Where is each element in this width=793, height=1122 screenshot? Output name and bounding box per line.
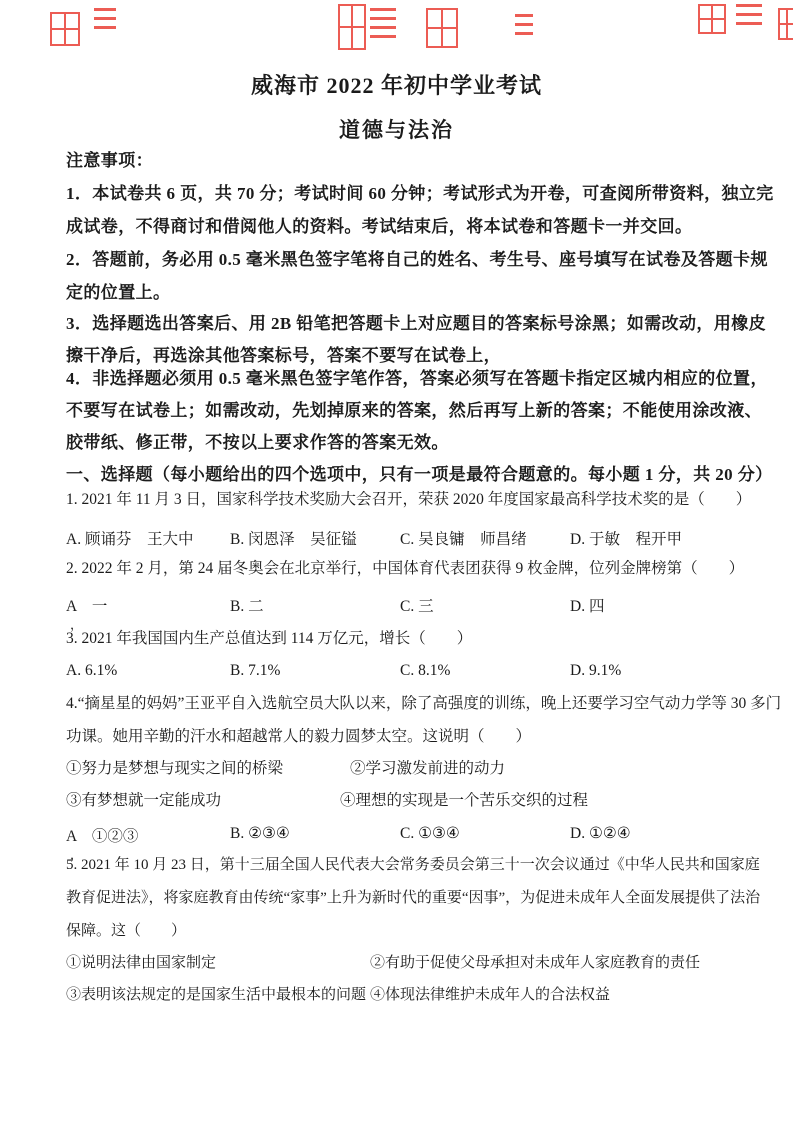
notice-line: 4．非选择题必须用 0.5 毫米黑色签字笔作答，答案必须写在答题卡指定区城内相应… — [66, 368, 768, 389]
notice-line: 3．选择题选出答案后、用 2B 铅笔把答题卡上对应题目的答案标号涂黑；如需改动，… — [66, 313, 766, 334]
q5-sub-4: ④体现法律维护未成年人的合法权益 — [370, 987, 610, 1003]
notice-line: 定的位置上。 — [66, 282, 170, 303]
q1-option-a: A. 顾诵芬 王大中 — [66, 527, 193, 549]
watermark-mark — [50, 12, 80, 46]
notice-line: 胶带纸、修正带，不按以上要求作答的答案无效。 — [66, 432, 449, 453]
q3-option-b: B. 7.1% — [230, 662, 280, 680]
watermark-mark — [515, 14, 533, 38]
q4-option-b: B. ②③④ — [230, 824, 290, 843]
section-heading: 一、选择题（每小题给出的四个选项中，只有一项是最符合题意的。每小题 1 分，共 … — [66, 464, 773, 485]
watermark-mark — [778, 8, 793, 40]
q4-option-c: C. ①③④ — [400, 824, 460, 843]
q4-option-a: A ①②③ — [66, 824, 138, 846]
q5-stem-line: 保障。这（ ） — [66, 922, 186, 941]
q3-options: A. 6.1% B. 7.1% C. 8.1% D. 9.1% — [66, 662, 793, 684]
q4-sub-row: ③有梦想就一定能成功④理想的实现是一个苦乐交织的过程 — [66, 791, 588, 810]
q4-stem-line: 4.“摘星星的妈妈”王亚平自入选航空员大队以来，除了高强度的训练，晚上还要学习空… — [66, 694, 781, 713]
watermark-mark — [698, 4, 726, 34]
notice-line: 1．本试卷共 6 页，共 70 分；考试时间 60 分钟；考试形式为开卷，可查阅… — [66, 183, 774, 204]
q3-stem: 3. 2021 年我国国内生产总值达到 114 万亿元，增长（ ） — [66, 629, 472, 648]
page-subtitle: 道德与法治 — [0, 117, 793, 143]
q5-stem-line: 5. 2021 年 10 月 23 日，第十三届全国人民代表大会常务委员会第三十… — [66, 856, 760, 875]
q3-option-a: A. 6.1% — [66, 662, 117, 680]
q4-sub-1: ①努力是梦想与现实之间的桥梁 — [66, 759, 350, 778]
watermark-mark — [426, 8, 458, 48]
notice-line: 成试卷，不得商讨和借阅他人的资料。考试结束后，将本试卷和答题卡一并交回。 — [66, 216, 692, 237]
page-title: 威海市 2022 年初中学业考试 — [0, 72, 793, 100]
watermark-mark — [370, 8, 396, 44]
q4-sub-2: ②学习激发前进的动力 — [350, 760, 505, 777]
q1-option-c: C. 吴良镛 师昌绪 — [400, 527, 527, 549]
q4-sub-4: ④理想的实现是一个苦乐交织的过程 — [340, 792, 588, 809]
watermark-mark — [338, 4, 366, 50]
notice-line: 不要写在试卷上；如需改动，先划掉原来的答案，然后再写上新的答案；不能使用涂改液、 — [66, 400, 762, 421]
q4-sub-3: ③有梦想就一定能成功 — [66, 791, 340, 810]
q4-option-d: D. ①②④ — [570, 824, 631, 843]
q2-options: A 一 B. 二 C. 三 D. 四 — [66, 594, 793, 616]
notice-line: 2．答题前，务必用 0.5 毫米黑色签字笔将自己的姓名、考生号、座号填写在试卷及… — [66, 249, 768, 270]
q5-sub-row: ③表明该法规定的是国家生活中最根本的问题④体现法律维护未成年人的合法权益 — [66, 986, 610, 1005]
q5-sub-3: ③表明该法规定的是国家生活中最根本的问题 — [66, 986, 370, 1005]
q2-option-d: D. 四 — [570, 594, 604, 616]
q1-stem: 1. 2021 年 11 月 3 日，国家科学技术奖励大会召开，荣获 2020 … — [66, 490, 751, 509]
q4-options: A ①②③ B. ②③④ C. ①③④ D. ①②④ — [66, 824, 793, 846]
exam-paper-page: 威海市 2022 年初中学业考试 道德与法治 注意事项： 1．本试卷共 6 页，… — [0, 0, 793, 1122]
q3-option-c: C. 8.1% — [400, 662, 450, 680]
q2-option-c: C. 三 — [400, 594, 434, 616]
q1-option-b: B. 闵恩泽 吴征镒 — [230, 527, 357, 549]
q5-stem-line: 教育促进法》，将家庭教育由传统“家事”上升为新时代的重要“因事”，为促进未成年人… — [66, 889, 760, 908]
q5-sub-row: ①说明法律由国家制定②有助于促使父母承担对未成年人家庭教育的责任 — [66, 954, 700, 973]
q5-sub-1: ①说明法律由国家制定 — [66, 954, 370, 973]
q2-stem: 2. 2022 年 2 月，第 24 届冬奥会在北京举行，中国体育代表团获得 9… — [66, 559, 744, 578]
q1-option-d: D. 于敏 程开甲 — [570, 527, 682, 549]
q2-option-b: B. 二 — [230, 594, 264, 616]
watermark-mark — [94, 8, 116, 32]
watermark-mark — [736, 4, 762, 28]
notice-line: 擦干净后，再选涂其他答案标号，答案不要写在试卷上， — [66, 345, 501, 366]
q4-sub-row: ①努力是梦想与现实之间的桥梁②学习激发前进的动力 — [66, 759, 505, 778]
q5-sub-2: ②有助于促使父母承担对未成年人家庭教育的责任 — [370, 955, 700, 971]
q2-option-a: A 一 — [66, 594, 107, 616]
q3-option-d: D. 9.1% — [570, 662, 621, 680]
q4-stem-line: 功课。她用辛勤的汗水和超越常人的毅力圆梦太空。这说明（ ） — [66, 727, 531, 746]
q1-options: A. 顾诵芬 王大中 B. 闵恩泽 吴征镒 C. 吴良镛 师昌绪 D. 于敏 程… — [66, 527, 793, 549]
notice-label: 注意事项： — [66, 150, 153, 171]
